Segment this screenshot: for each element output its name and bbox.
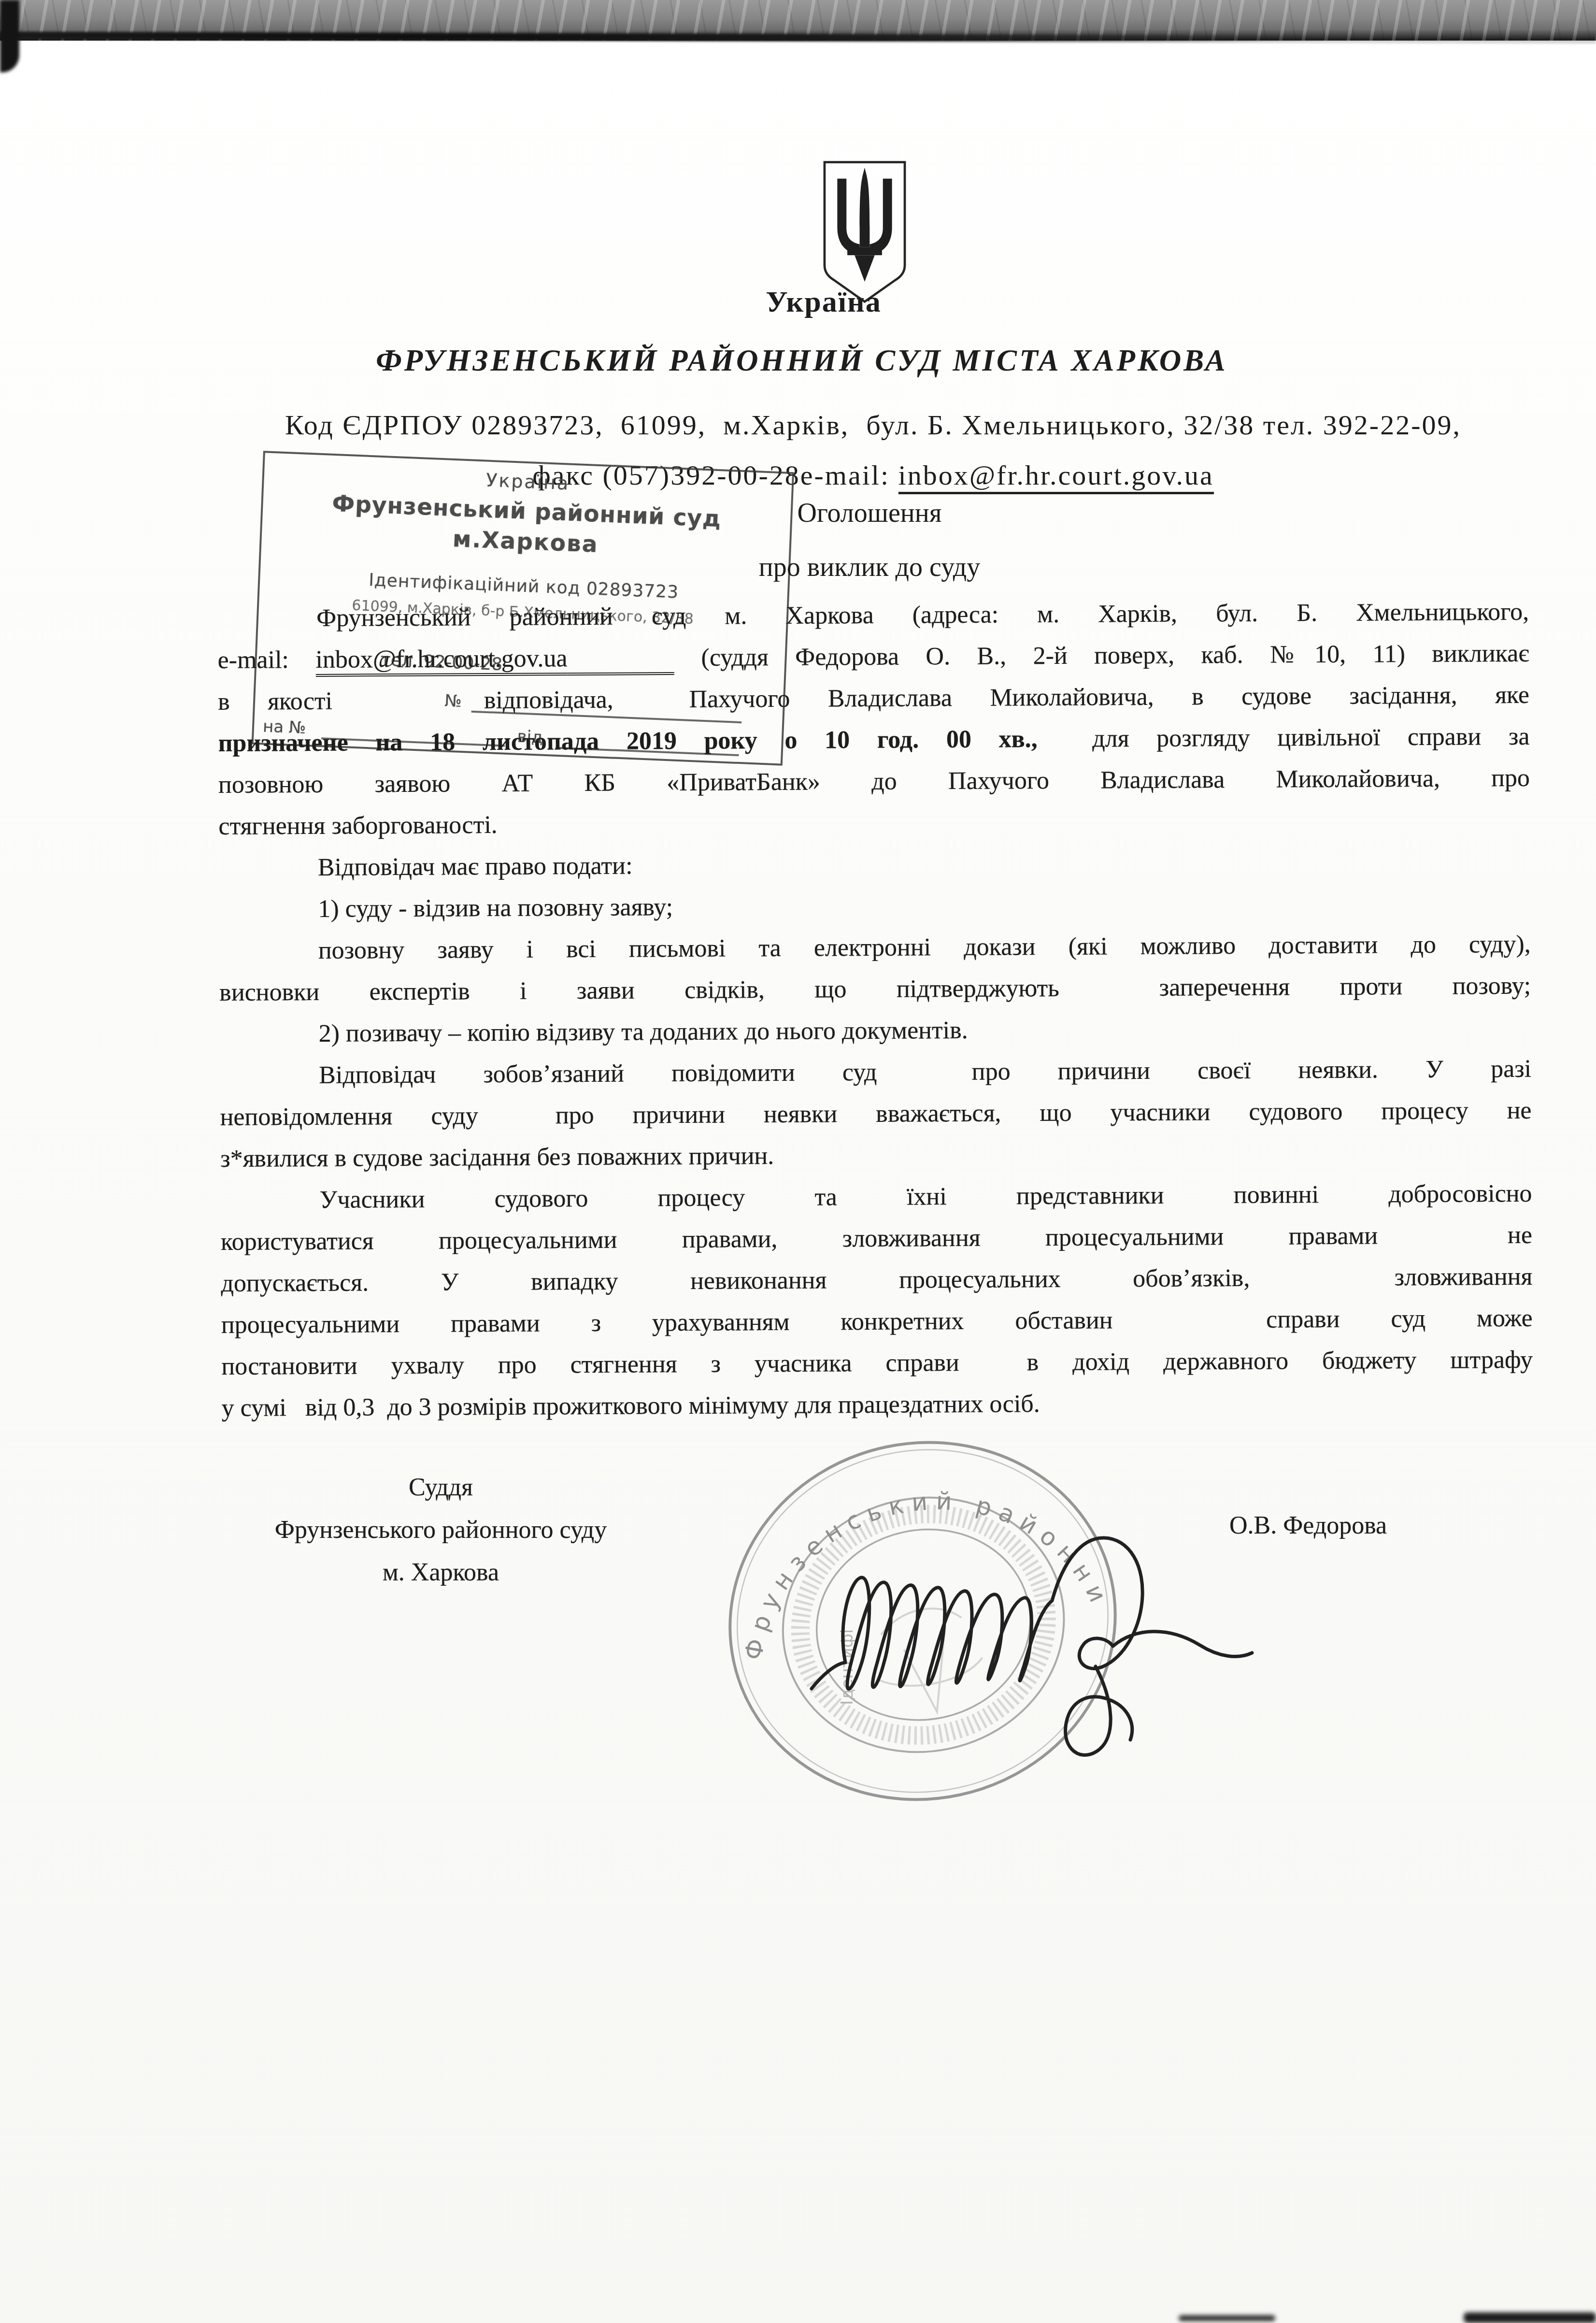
- body-text-segment: e-mail:: [218, 646, 316, 674]
- body-line: призначене на 18 листопада 2019 року о 1…: [218, 716, 1529, 764]
- notice-title: Оголошення: [686, 498, 1053, 529]
- body-line: процесуальними правами з урахуванням кон…: [221, 1298, 1533, 1346]
- body-line: Учасники судового процесу та їхні предст…: [220, 1173, 1532, 1221]
- body-line: в якості відповідача, Пахучого Владислав…: [218, 674, 1529, 723]
- body-text-segment: для розгляду цивільної справи за: [1038, 723, 1530, 753]
- seal-side-text: Ідентифі: [838, 1629, 857, 1705]
- scan-bottom-corner-smudge: [1464, 2312, 1596, 2323]
- notice-subtitle: про виклик до суду: [686, 552, 1053, 583]
- body-line: e-mail: inbox@fr.hr.court.gov.ua (суддя …: [217, 633, 1529, 681]
- body-line: Фрунзенський районний суд м. Харкова (ад…: [217, 591, 1529, 640]
- court-email: inbox@fr.hr.court.gov.ua: [898, 459, 1214, 494]
- body-text-segment: Відповідач зобов’язаний повідомити суд п…: [319, 1055, 1531, 1089]
- body-text-segment: позовну заяву і всі письмові та електрон…: [318, 931, 1531, 964]
- body-text-segment: Учасники судового процесу та їхні предст…: [319, 1180, 1532, 1214]
- body-text-segment: процесуальними правами з урахуванням кон…: [221, 1305, 1533, 1339]
- svg-text:Фрунзенський районний ✱: Фрунзенський районний ✱: [691, 1418, 1116, 1699]
- email-text: inbox@fr.hr.court.gov.ua: [315, 645, 567, 677]
- judge-title-line: Суддя: [215, 1466, 667, 1509]
- body-line: Відповідач зобов’язаний повідомити суд п…: [220, 1048, 1531, 1097]
- body-text-segment: Фрунзенський районний суд м. Харкова (ад…: [316, 598, 1529, 632]
- body-line: з*явилися в судове засідання без поважни…: [220, 1132, 1532, 1180]
- body-line: постановити ухвалу про стягнення з учасн…: [221, 1339, 1533, 1388]
- scanned-court-summons-page: Україна ФРУНЗЕНСЬКИЙ РАЙОННИЙ СУД МІСТА …: [0, 0, 1596, 2323]
- body-text-segment: (суддя Федорова О. В., 2-й поверх, каб. …: [674, 640, 1529, 672]
- body-text-segment: в якості відповідача, Пахучого Владислав…: [218, 681, 1529, 716]
- body-text-segment: призначене на 18 листопада 2019 року о 1…: [218, 725, 1037, 757]
- email-text: [567, 644, 674, 675]
- court-address-line: Код ЄДРПОУ 02893723, 61099, м.Харків, бу…: [217, 409, 1529, 441]
- body-text-segment: постановити ухвалу про стягнення з учасн…: [221, 1346, 1533, 1380]
- body-line: позовну заяву і всі письмові та електрон…: [219, 924, 1531, 972]
- body-line: позовною заявою АТ КБ «ПриватБанк» до Па…: [218, 758, 1530, 806]
- body-text-segment: з*явилися в судове засідання без поважни…: [220, 1142, 774, 1173]
- body-line: користуватися процесуальними правами, зл…: [221, 1215, 1532, 1263]
- seal-arc-text: Фрунзенський районний ✱: [691, 1418, 1116, 1699]
- body-text-segment: стягнення заборгованості.: [218, 811, 498, 840]
- judge-court-line: Фрунзенського районного суду: [215, 1509, 667, 1551]
- document-body: Фрунзенський районний суд м. Харкова (ад…: [217, 591, 1533, 1429]
- judge-signature-stroke: [812, 1538, 1252, 1755]
- judge-name: О.В. Федорова: [1229, 1511, 1471, 1540]
- body-text-segment: 2) позивачу – копію відзиву та доданих д…: [319, 1017, 968, 1047]
- body-line: стягнення заборгованості.: [218, 799, 1530, 847]
- seal-rings: Фрунзенський районний ✱ Ідентифі: [691, 1418, 1149, 1824]
- body-line: неповідомлення суду про причини неявки в…: [220, 1090, 1531, 1138]
- body-line: 2) позивачу – копію відзиву та доданих д…: [220, 1007, 1531, 1055]
- ukraine-trident-emblem-icon: [817, 159, 912, 305]
- body-text-segment: допускається. У випадку невиконання проц…: [221, 1263, 1532, 1297]
- body-text-segment: користуватися процесуальними правами, зл…: [221, 1221, 1532, 1256]
- body-text-segment: 1) суду - відзив на позовну заяву;: [318, 893, 673, 923]
- court-name-title: ФРУНЗЕНСЬКИЙ РАЙОННИЙ СУД МІСТА ХАРКОВА: [147, 343, 1456, 378]
- body-text-segment: Відповідач має право подати:: [318, 852, 633, 881]
- body-line: 1) суду - відзив на позовну заяву;: [219, 882, 1530, 931]
- body-line: допускається. У випадку невиконання проц…: [221, 1256, 1532, 1305]
- body-text-segment: висновки експертів і заяви свідків, що п…: [219, 972, 1531, 1006]
- scan-corner-blob: [0, 0, 19, 72]
- body-line: висновки експертів і заяви свідків, що п…: [219, 965, 1531, 1014]
- body-text-segment: у сумі від 0,3 до 3 розмірів прожитковог…: [222, 1390, 1040, 1422]
- body-line: Відповідач має право подати:: [219, 841, 1530, 889]
- body-text-segment: позовною заявою АТ КБ «ПриватБанк» до Па…: [218, 764, 1530, 799]
- round-court-seal: Фрунзенський районний ✱ Ідентифі: [691, 1418, 1319, 1824]
- scan-bottom-smudge: [1179, 2315, 1275, 2321]
- judge-title-block: Суддя Фрунзенського районного суду м. Ха…: [215, 1466, 667, 1594]
- body-text-segment: неповідомлення суду про причини неявки в…: [220, 1097, 1531, 1131]
- judge-city-line: м. Харкова: [215, 1551, 667, 1594]
- country-name: Україна: [698, 285, 949, 319]
